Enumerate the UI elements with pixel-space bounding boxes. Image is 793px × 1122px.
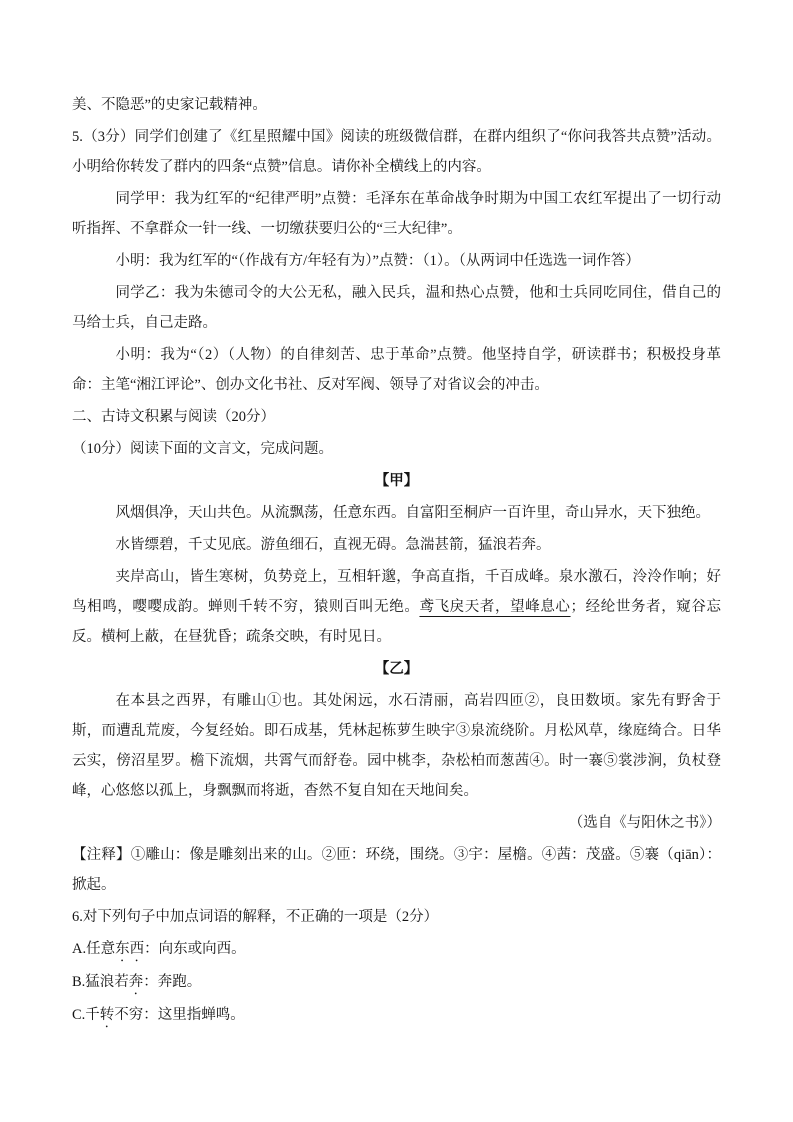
- q6-option-b: B.猛浪若奔：奔跑。: [72, 967, 721, 998]
- passage-yi-label: 【乙】: [72, 654, 721, 684]
- q6-option-a: A.任意东西：向东或向西。: [72, 934, 721, 965]
- option-a-dotted-word: 东西: [115, 941, 144, 957]
- option-c-suffix: 不穷：这里指蝉鸣。: [114, 1007, 245, 1023]
- section-two-heading: 二、古诗文积累与阅读（20分）: [72, 402, 721, 432]
- carryover-text: 美、不隐恶”的史家记载精神。: [72, 90, 721, 120]
- q5-message-tongxue-jia: 同学甲：我为红军的“纪律严明”点赞：毛泽东在革命战争时期为中国工农红军提出了一切…: [72, 184, 721, 244]
- passage-jia-paragraph-3: 夹岸高山，皆生寒树，负势竞上，互相轩邈，争高直指，千百成峰。泉水激石，泠泠作响；…: [72, 562, 721, 652]
- passage-yi-body: 在本县之西界，有雕山①也。其处闲远，水石清丽，高岩四匝②，良田数顷。家先有野舍于…: [72, 686, 721, 806]
- q5-message-tongxue-yi: 同学乙：我为朱德司令的大公无私，融入民兵，温和热心点赞，他和士兵同吃同住，借自己…: [72, 278, 721, 338]
- passage-jia-paragraph-1: 风烟俱净，天山共色。从流飘荡，任意东西。自富阳至桐庐一百许里，奇山异水，天下独绝…: [72, 498, 721, 528]
- q5-message-xiaoming-2: 小明：我为“（2）（人物）的自律刻苦、忠于革命”点赞。他坚持自学，研读群书；积极…: [72, 340, 721, 400]
- option-c-prefix: C.千: [72, 1007, 100, 1023]
- q5-message-xiaoming-1: 小明：我为红军的“（作战有方/年轻有为）”点赞：（1）。（从两词中任选选一词作答…: [72, 246, 721, 276]
- option-b-prefix: B.猛浪若: [72, 974, 129, 990]
- option-a-suffix: ：向东或向西。: [144, 941, 246, 957]
- jia-p3-underlined-sentence: 鸢飞戾天者，望峰息心: [419, 599, 570, 615]
- question5-stem: 5.（3分）同学们创建了《红星照耀中国》阅读的班级微信群，在群内组织了“你问我答…: [72, 122, 721, 182]
- question6-stem: 6.对下列句子中加点词语的解释，不正确的一项是（2分）: [72, 902, 721, 932]
- option-b-suffix: ：奔跑。: [143, 974, 201, 990]
- passage-yi-source: （选自《与阳休之书》）: [72, 808, 721, 838]
- footnotes: 【注释】①雕山：像是雕刻出来的山。②匝：环绕，围绕。③宇：屋檐。④茜：茂盛。⑤褰…: [72, 840, 721, 900]
- q6-option-c: C.千转不穷：这里指蝉鸣。: [72, 1000, 721, 1031]
- option-a-prefix: A.任意: [72, 941, 115, 957]
- section-two-instruction: （10分）阅读下面的文言文，完成问题。: [72, 434, 721, 464]
- option-c-dotted-word: 转: [100, 1007, 115, 1023]
- passage-jia-label: 【甲】: [72, 466, 721, 496]
- option-b-dotted-word: 奔: [129, 974, 144, 990]
- passage-jia-paragraph-2: 水皆缥碧，千丈见底。游鱼细石，直视无碍。急湍甚箭，猛浪若奔。: [72, 530, 721, 560]
- exam-document-page: 美、不隐恶”的史家记载精神。 5.（3分）同学们创建了《红星照耀中国》阅读的班级…: [0, 0, 793, 1122]
